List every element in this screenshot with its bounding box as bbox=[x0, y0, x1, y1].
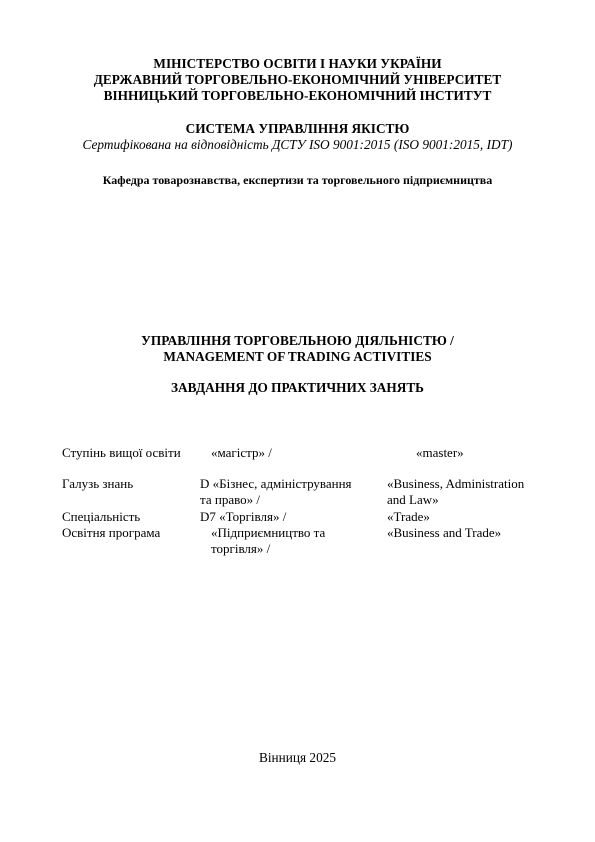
institute-heading: ВІННИЦЬКИЙ ТОРГОВЕЛЬНО-ЕКОНОМІЧНИЙ ІНСТИ… bbox=[0, 88, 595, 104]
value-field-ua-line2: та право» / bbox=[200, 492, 260, 508]
document-subtitle: ЗАВДАННЯ ДО ПРАКТИЧНИХ ЗАНЯТЬ bbox=[0, 380, 595, 396]
value-program-ua-line1: «Підприємництво та bbox=[211, 525, 325, 541]
value-degree-ua: «магістр» / bbox=[211, 445, 272, 461]
value-specialty-en: «Trade» bbox=[387, 509, 430, 525]
value-field-en-line2: and Law» bbox=[387, 492, 439, 508]
department-name: Кафедра товарознавства, експертизи та то… bbox=[0, 172, 595, 188]
label-specialty: Спеціальність bbox=[62, 509, 140, 525]
label-field: Галузь знань bbox=[62, 476, 133, 492]
value-specialty-ua: D7 «Торгівля» / bbox=[200, 509, 286, 525]
value-program-ua-line2: торгівля» / bbox=[211, 541, 270, 557]
value-field-ua-line1: D «Бізнес, адміністрування bbox=[200, 476, 352, 492]
university-heading: ДЕРЖАВНИЙ ТОРГОВЕЛЬНО-ЕКОНОМІЧНИЙ УНІВЕР… bbox=[0, 72, 595, 88]
certification-note: Сертифікована на відповідність ДСТУ ISO … bbox=[0, 137, 595, 153]
ministry-heading: МІНІСТЕРСТВО ОСВІТИ І НАУКИ УКРАЇНИ bbox=[0, 56, 595, 72]
city-year: Вінниця 2025 bbox=[0, 750, 595, 766]
quality-system-title: СИСТЕМА УПРАВЛІННЯ ЯКІСТЮ bbox=[0, 121, 595, 137]
label-program: Освітня програма bbox=[62, 525, 160, 541]
course-title-ua: УПРАВЛІННЯ ТОРГОВЕЛЬНОЮ ДІЯЛЬНІСТЮ / bbox=[0, 333, 595, 349]
value-degree-en: «master» bbox=[416, 445, 464, 461]
value-program-en: «Business and Trade» bbox=[387, 525, 501, 541]
value-field-en-line1: «Business, Administration bbox=[387, 476, 524, 492]
course-title-en: MANAGEMENT OF TRADING ACTIVITIES bbox=[0, 349, 595, 365]
label-degree: Ступінь вищої освіти bbox=[62, 445, 181, 461]
